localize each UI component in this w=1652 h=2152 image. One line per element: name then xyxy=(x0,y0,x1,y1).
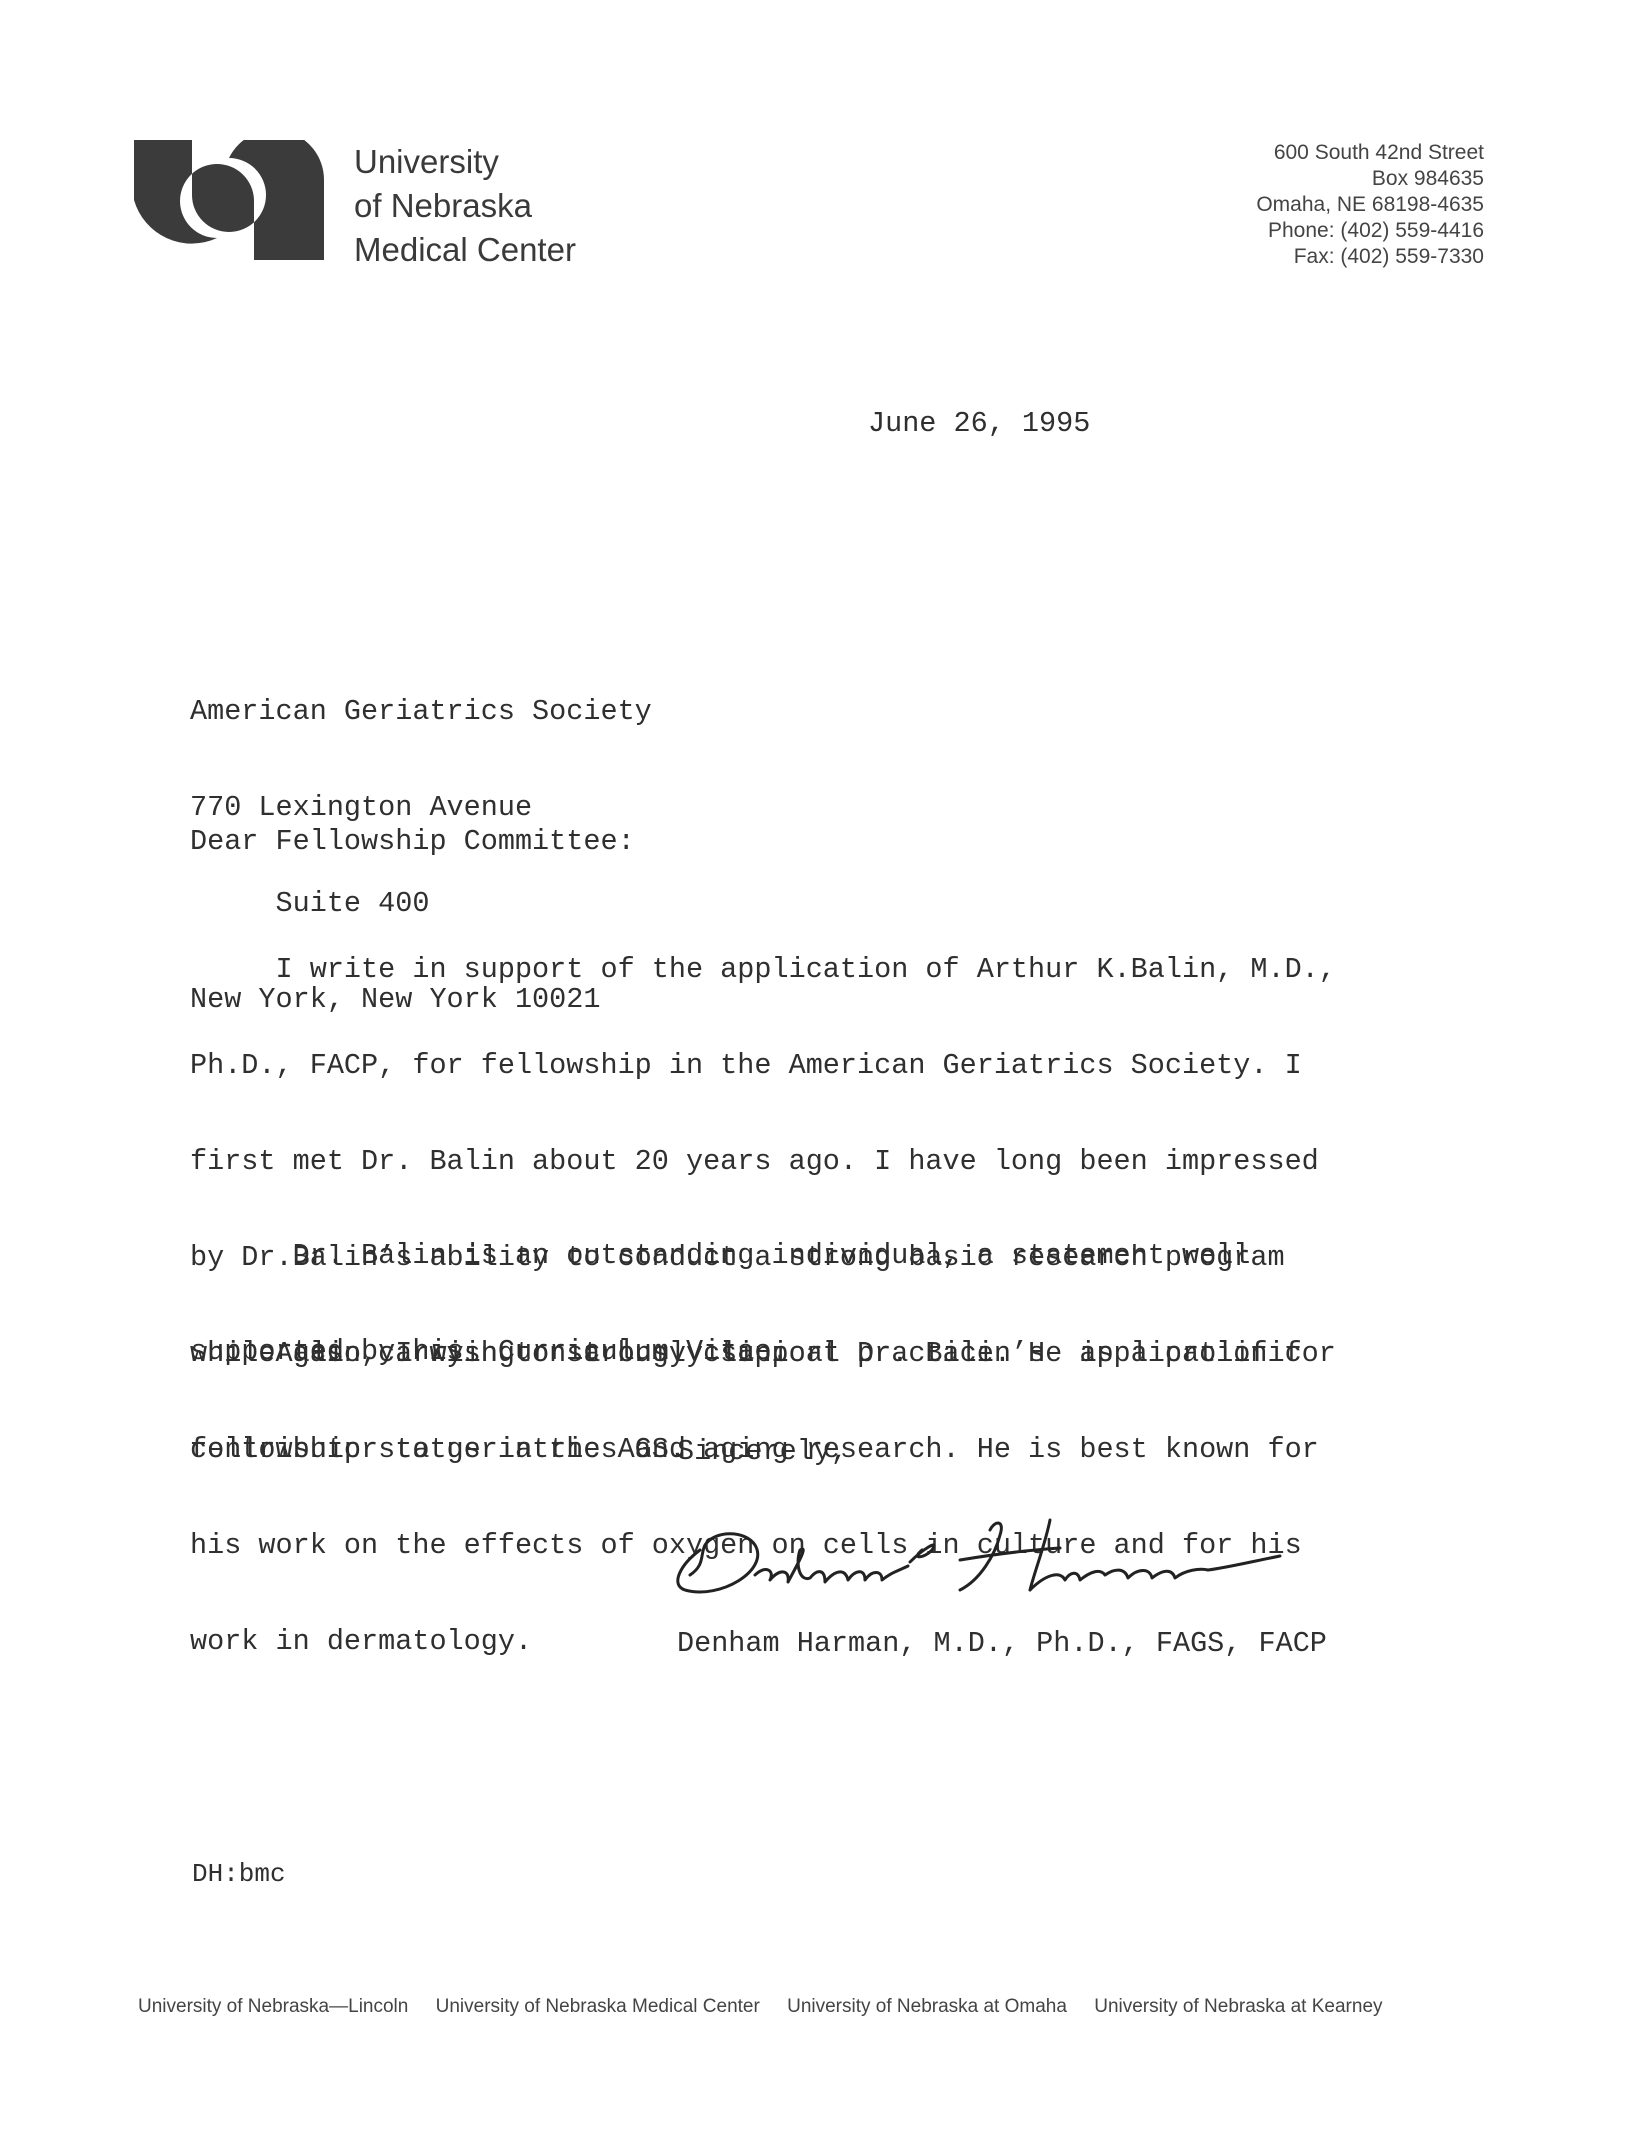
paragraph-line: Again, I wish to strongly support Dr. Ba… xyxy=(190,1338,1452,1370)
institution-name: University of Nebraska Medical Center xyxy=(354,140,576,272)
address-line: Omaha, NE 68198-4635 xyxy=(1256,192,1484,218)
campus-footer: University of Nebraska—Lincoln Universit… xyxy=(138,1996,1405,2018)
campus-name: University of Nebraska—Lincoln xyxy=(138,1996,408,2017)
institution-line: of Nebraska xyxy=(354,184,576,228)
institution-line: University xyxy=(354,140,576,184)
paragraph-line: Dr. Balin is an outstanding individual, … xyxy=(190,1240,1452,1272)
campus-name: University of Nebraska Medical Center xyxy=(436,1996,760,2017)
address-line: Box 984635 xyxy=(1256,166,1484,192)
typist-initials: DH:bmc xyxy=(192,1858,286,1890)
address-line: 600 South 42nd Street xyxy=(1256,140,1484,166)
unmc-logo-icon xyxy=(134,140,324,260)
campus-name: University of Nebraska at Kearney xyxy=(1094,1996,1382,2017)
letterhead-address: 600 South 42nd Street Box 984635 Omaha, … xyxy=(1256,140,1484,270)
handwritten-signature xyxy=(660,1490,1360,1610)
salutation: Dear Fellowship Committee: xyxy=(190,826,635,858)
recipient-line: American Geriatrics Society xyxy=(190,696,652,728)
paragraph-line: first met Dr. Balin about 20 years ago. … xyxy=(190,1146,1452,1178)
paragraph-line: Ph.D., FACP, for fellowship in the Ameri… xyxy=(190,1050,1452,1082)
signer-name: Denham Harman, M.D., Ph.D., FAGS, FACP xyxy=(677,1628,1327,1660)
closing: Sincerely, xyxy=(677,1436,848,1468)
phone-line: Phone: (402) 559-4416 xyxy=(1256,218,1484,244)
campus-name: University of Nebraska at Omaha xyxy=(787,1996,1067,2017)
institution-line: Medical Center xyxy=(354,228,576,272)
fax-line: Fax: (402) 559-7330 xyxy=(1256,244,1484,270)
paragraph-line: I write in support of the application of… xyxy=(190,954,1452,986)
recipient-line: 770 Lexington Avenue xyxy=(190,792,652,824)
letter-date: June 26, 1995 xyxy=(868,408,1090,440)
